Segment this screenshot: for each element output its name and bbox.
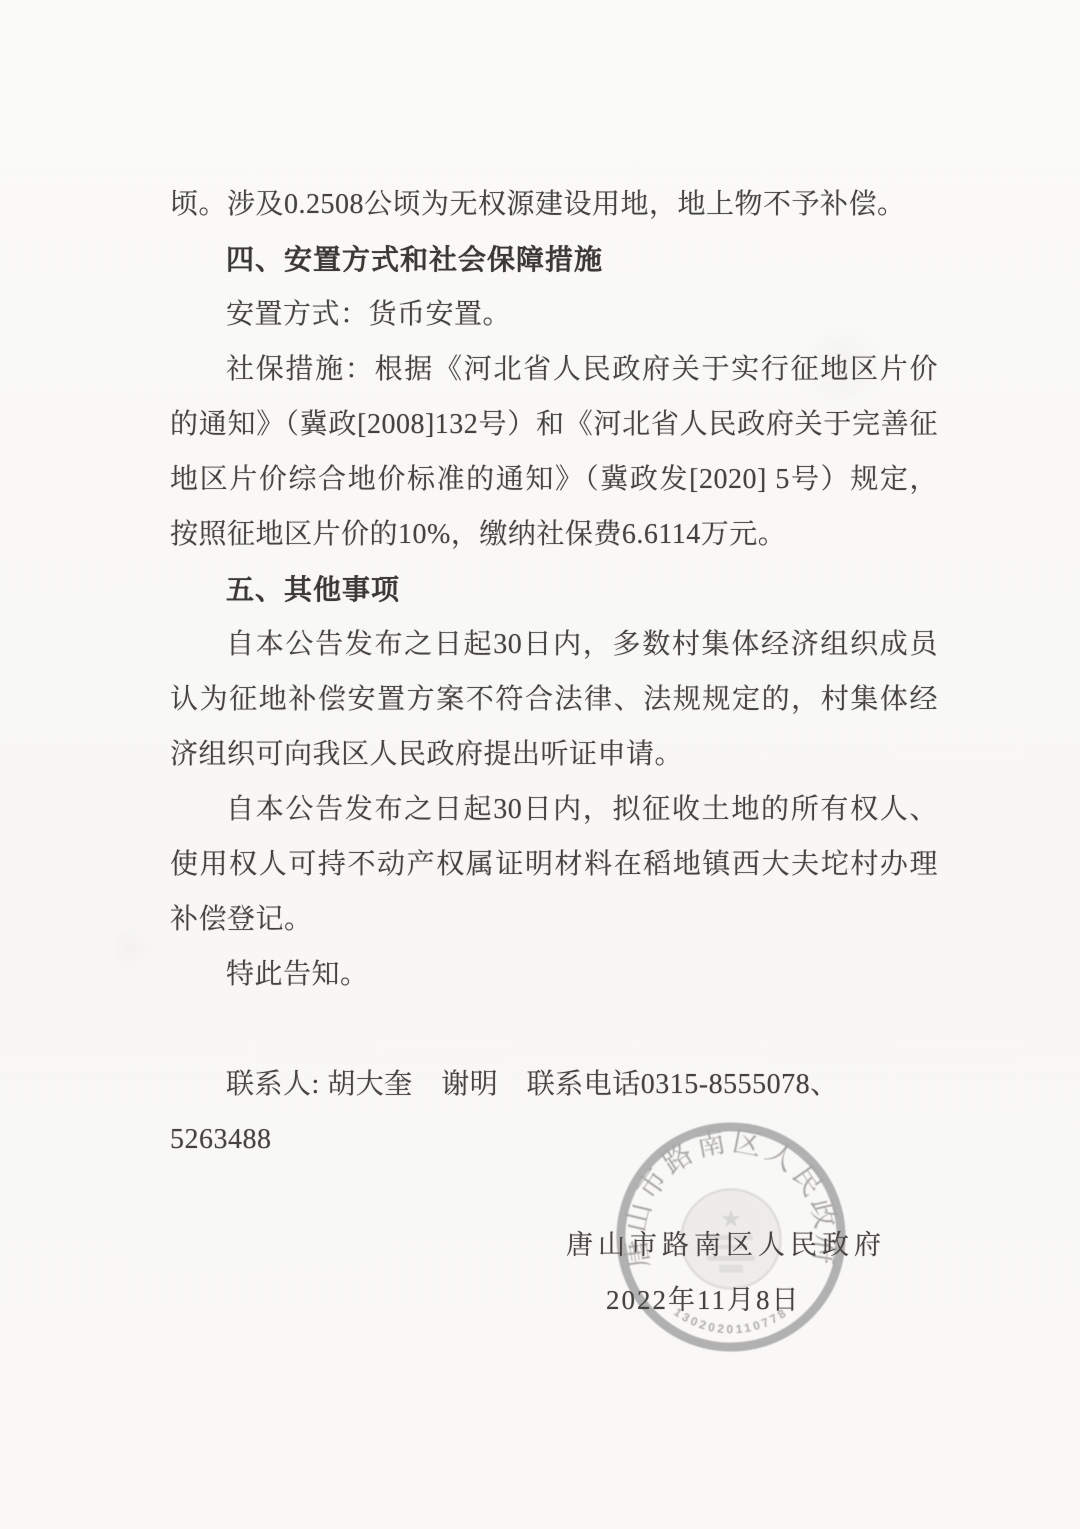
document-body: 顷。涉及0.2508公顷为无权源建设用地，地上物不予补偿。 四、安置方式和社会保… [170,177,938,1167]
section4-heading: 四、安置方式和社会保障措施 [170,232,938,287]
section5-paragraph-registration: 自本公告发布之日起30日内，拟征收土地的所有权人、使用权人可持不动产权属证明材料… [170,782,938,947]
section5-heading: 五、其他事项 [170,562,938,617]
signature-date: 2022年11月8日 [606,1273,801,1328]
continuation-paragraph: 顷。涉及0.2508公顷为无权源建设用地，地上物不予补偿。 [170,177,938,232]
section4-paragraph-resettlement: 安置方式：货币安置。 [170,287,938,342]
scanned-document-page: 顷。涉及0.2508公顷为无权源建设用地，地上物不予补偿。 四、安置方式和社会保… [0,0,1080,1529]
section4-paragraph-social-security: 社保措施：根据《河北省人民政府关于实行征地区片价的通知》（冀政[2008]132… [170,342,938,562]
signature-issuer: 唐山市路南区人民政府 [566,1218,886,1273]
section5-paragraph-hearing: 自本公告发布之日起30日内，多数村集体经济组织成员认为征地补偿安置方案不符合法律… [170,617,938,782]
closing-note: 特此告知。 [170,947,938,1002]
